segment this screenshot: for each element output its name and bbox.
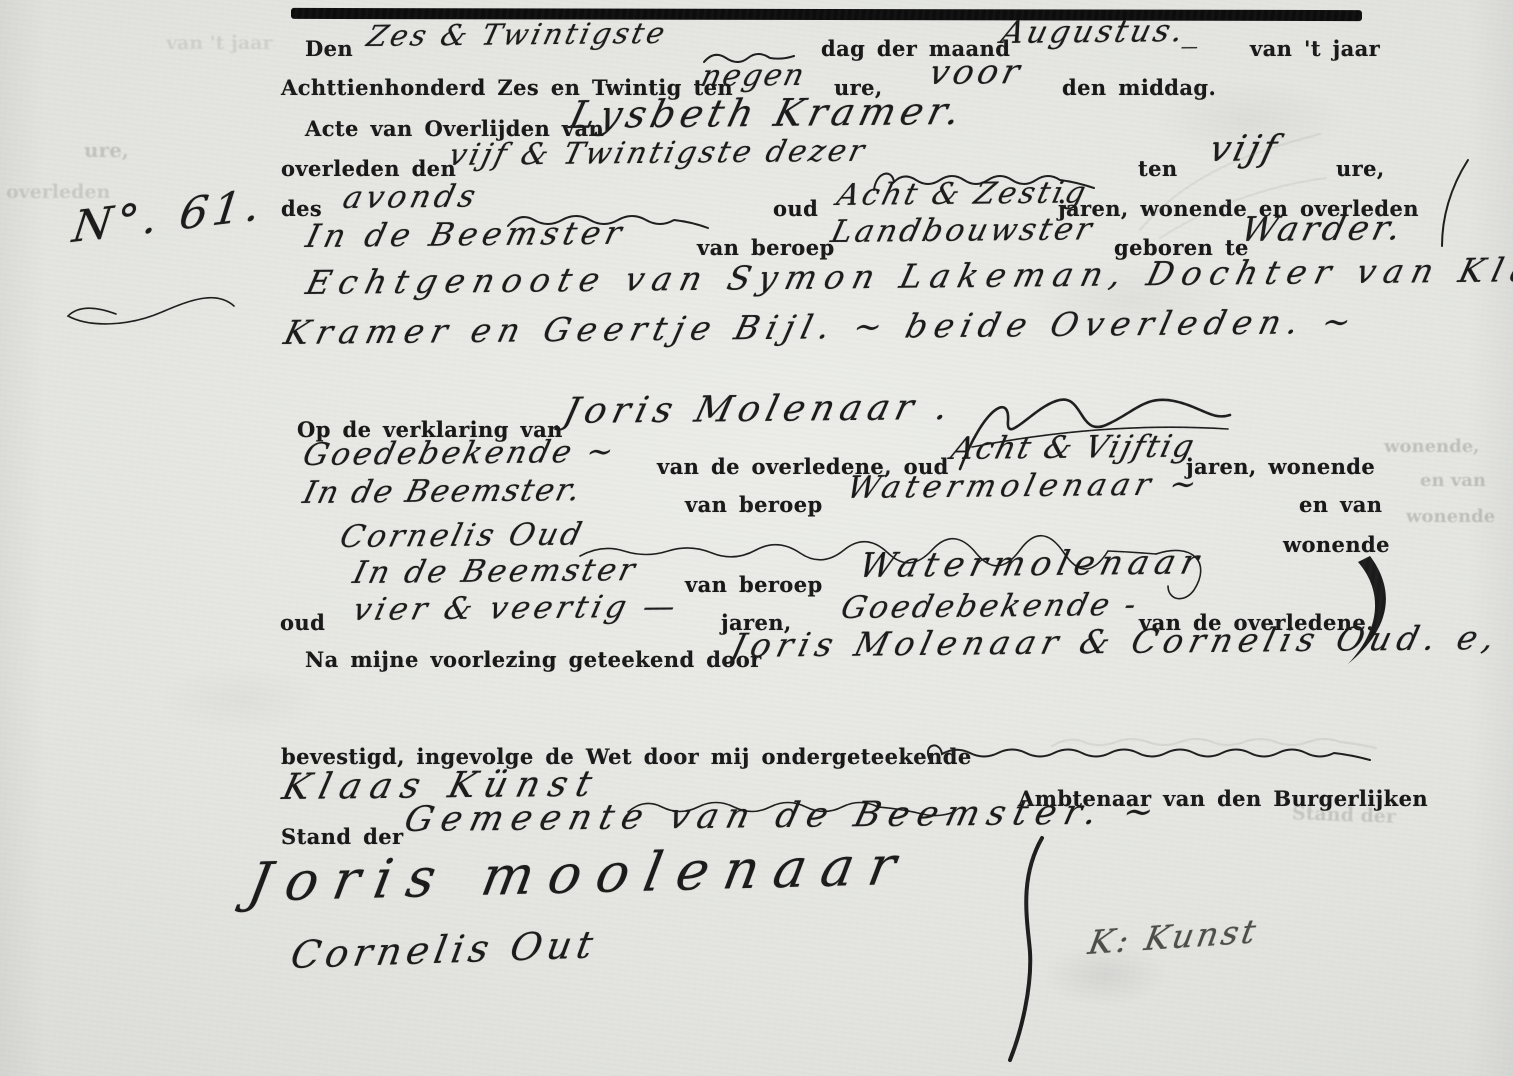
- stray-pen-stroke: [1438, 158, 1472, 250]
- record-number-flourish: [58, 286, 243, 338]
- handwritten-entry-declarant2-relation: Goedebekende -: [838, 590, 1142, 624]
- ghost-text: wonende,: [1384, 438, 1479, 456]
- signature-witness-2: Cornelis Out: [288, 925, 601, 974]
- printed-text: oud: [773, 198, 818, 219]
- signature-brace-stroke: [1002, 834, 1048, 1064]
- handwritten-entry-declarant1-residence: In de Beemster.: [300, 475, 585, 509]
- printed-text: van beroep: [697, 237, 835, 258]
- ghost-scribble: [1130, 120, 1330, 240]
- ghost-text: wonende: [1406, 508, 1495, 526]
- printed-text: des: [281, 198, 322, 219]
- ghost-text: Stand der: [1292, 804, 1397, 827]
- ghost-text: en van: [1420, 472, 1486, 490]
- handwritten-entry-declarant1-occupation: Watermolenaar ~: [844, 469, 1204, 504]
- printed-text: van beroep: [685, 494, 823, 515]
- handwritten-entry-occupation: Landbouwster: [828, 214, 1097, 248]
- handwritten-entry-declarant2-residence: In de Beemster: [350, 555, 641, 589]
- handwritten-entry-time-of-day: avonds: [340, 182, 482, 214]
- handwritten-entry-before-noon: voor: [926, 55, 1027, 90]
- signature-witness-1: Joris moolenaar: [244, 839, 915, 910]
- handwritten-entry-spouse-parents: Echtgenoote van Symon Lakeman, Dochter v…: [303, 252, 1513, 299]
- printed-text: den middag.: [1062, 77, 1216, 98]
- ghost-scribble: [1046, 728, 1386, 758]
- handwritten-entry-hour: negen: [698, 61, 809, 92]
- handwritten-entry-deceased-name: Lysbeth Kramer.: [566, 92, 969, 134]
- printed-text: Den: [305, 38, 353, 59]
- handwritten-entry-declarant1-age: Acht & Vijftig: [948, 431, 1199, 465]
- handwritten-entry-signatories: Joris Molenaar & Cornelis Oud. e,: [728, 621, 1504, 662]
- printed-text: oud: [280, 612, 325, 633]
- printed-text: jaren, wonende: [1186, 456, 1375, 477]
- death-certificate-page: N°. 61. Den Zes & Twintigste dag der maa…: [0, 0, 1513, 1076]
- handwritten-entry-declarant2-name: Cornelis Oud: [337, 519, 587, 553]
- handwritten-entry-month: Augustus._: [998, 16, 1208, 49]
- handwritten-entry-parents-continued: Kramer en Geertje Bijl. ~ beide Overlede…: [281, 305, 1361, 349]
- printed-text: bevestigd, ingevolge de Wet door mij ond…: [281, 746, 972, 767]
- printed-text: ure,: [1336, 158, 1385, 179]
- handwritten-entry-declarant1-relation: Goedebekende ~: [300, 437, 619, 471]
- ghost-text: overleden: [6, 183, 110, 202]
- printed-text: Na mijne voorlezing geteekend door: [305, 649, 762, 670]
- printed-text: overleden den: [281, 158, 456, 179]
- printed-text: Acte van Overlijden van: [305, 118, 604, 139]
- ghost-text: ure,: [84, 140, 129, 160]
- handwritten-entry-municipality: Gemeente van de Beemster. ~: [401, 795, 1165, 838]
- handwritten-entry-declarant1-name: Joris Molenaar .: [560, 390, 958, 430]
- printed-text: van beroep: [685, 574, 823, 595]
- handwritten-entry-death-date: vijf & Twintigste dezer: [446, 137, 870, 171]
- handwritten-entry-age: Acht & Zestig: [834, 178, 1091, 211]
- handwritten-entry-declarant2-occupation: Watermolenaar: [856, 545, 1208, 583]
- signature-official: K: Kunst: [1086, 914, 1261, 959]
- handwritten-entry-declarant2-age: vier & veertig —: [350, 592, 682, 626]
- handwritten-entry-residence: In de Beemster: [303, 217, 630, 252]
- printed-text: van 't jaar: [1250, 38, 1380, 59]
- printed-text: wonende: [1283, 534, 1390, 555]
- ghost-text: van 't jaar: [166, 34, 273, 53]
- printed-text: Stand der: [281, 826, 403, 847]
- handwritten-entry-day: Zes & Twintigste: [364, 19, 670, 51]
- printed-text: en van: [1299, 494, 1382, 515]
